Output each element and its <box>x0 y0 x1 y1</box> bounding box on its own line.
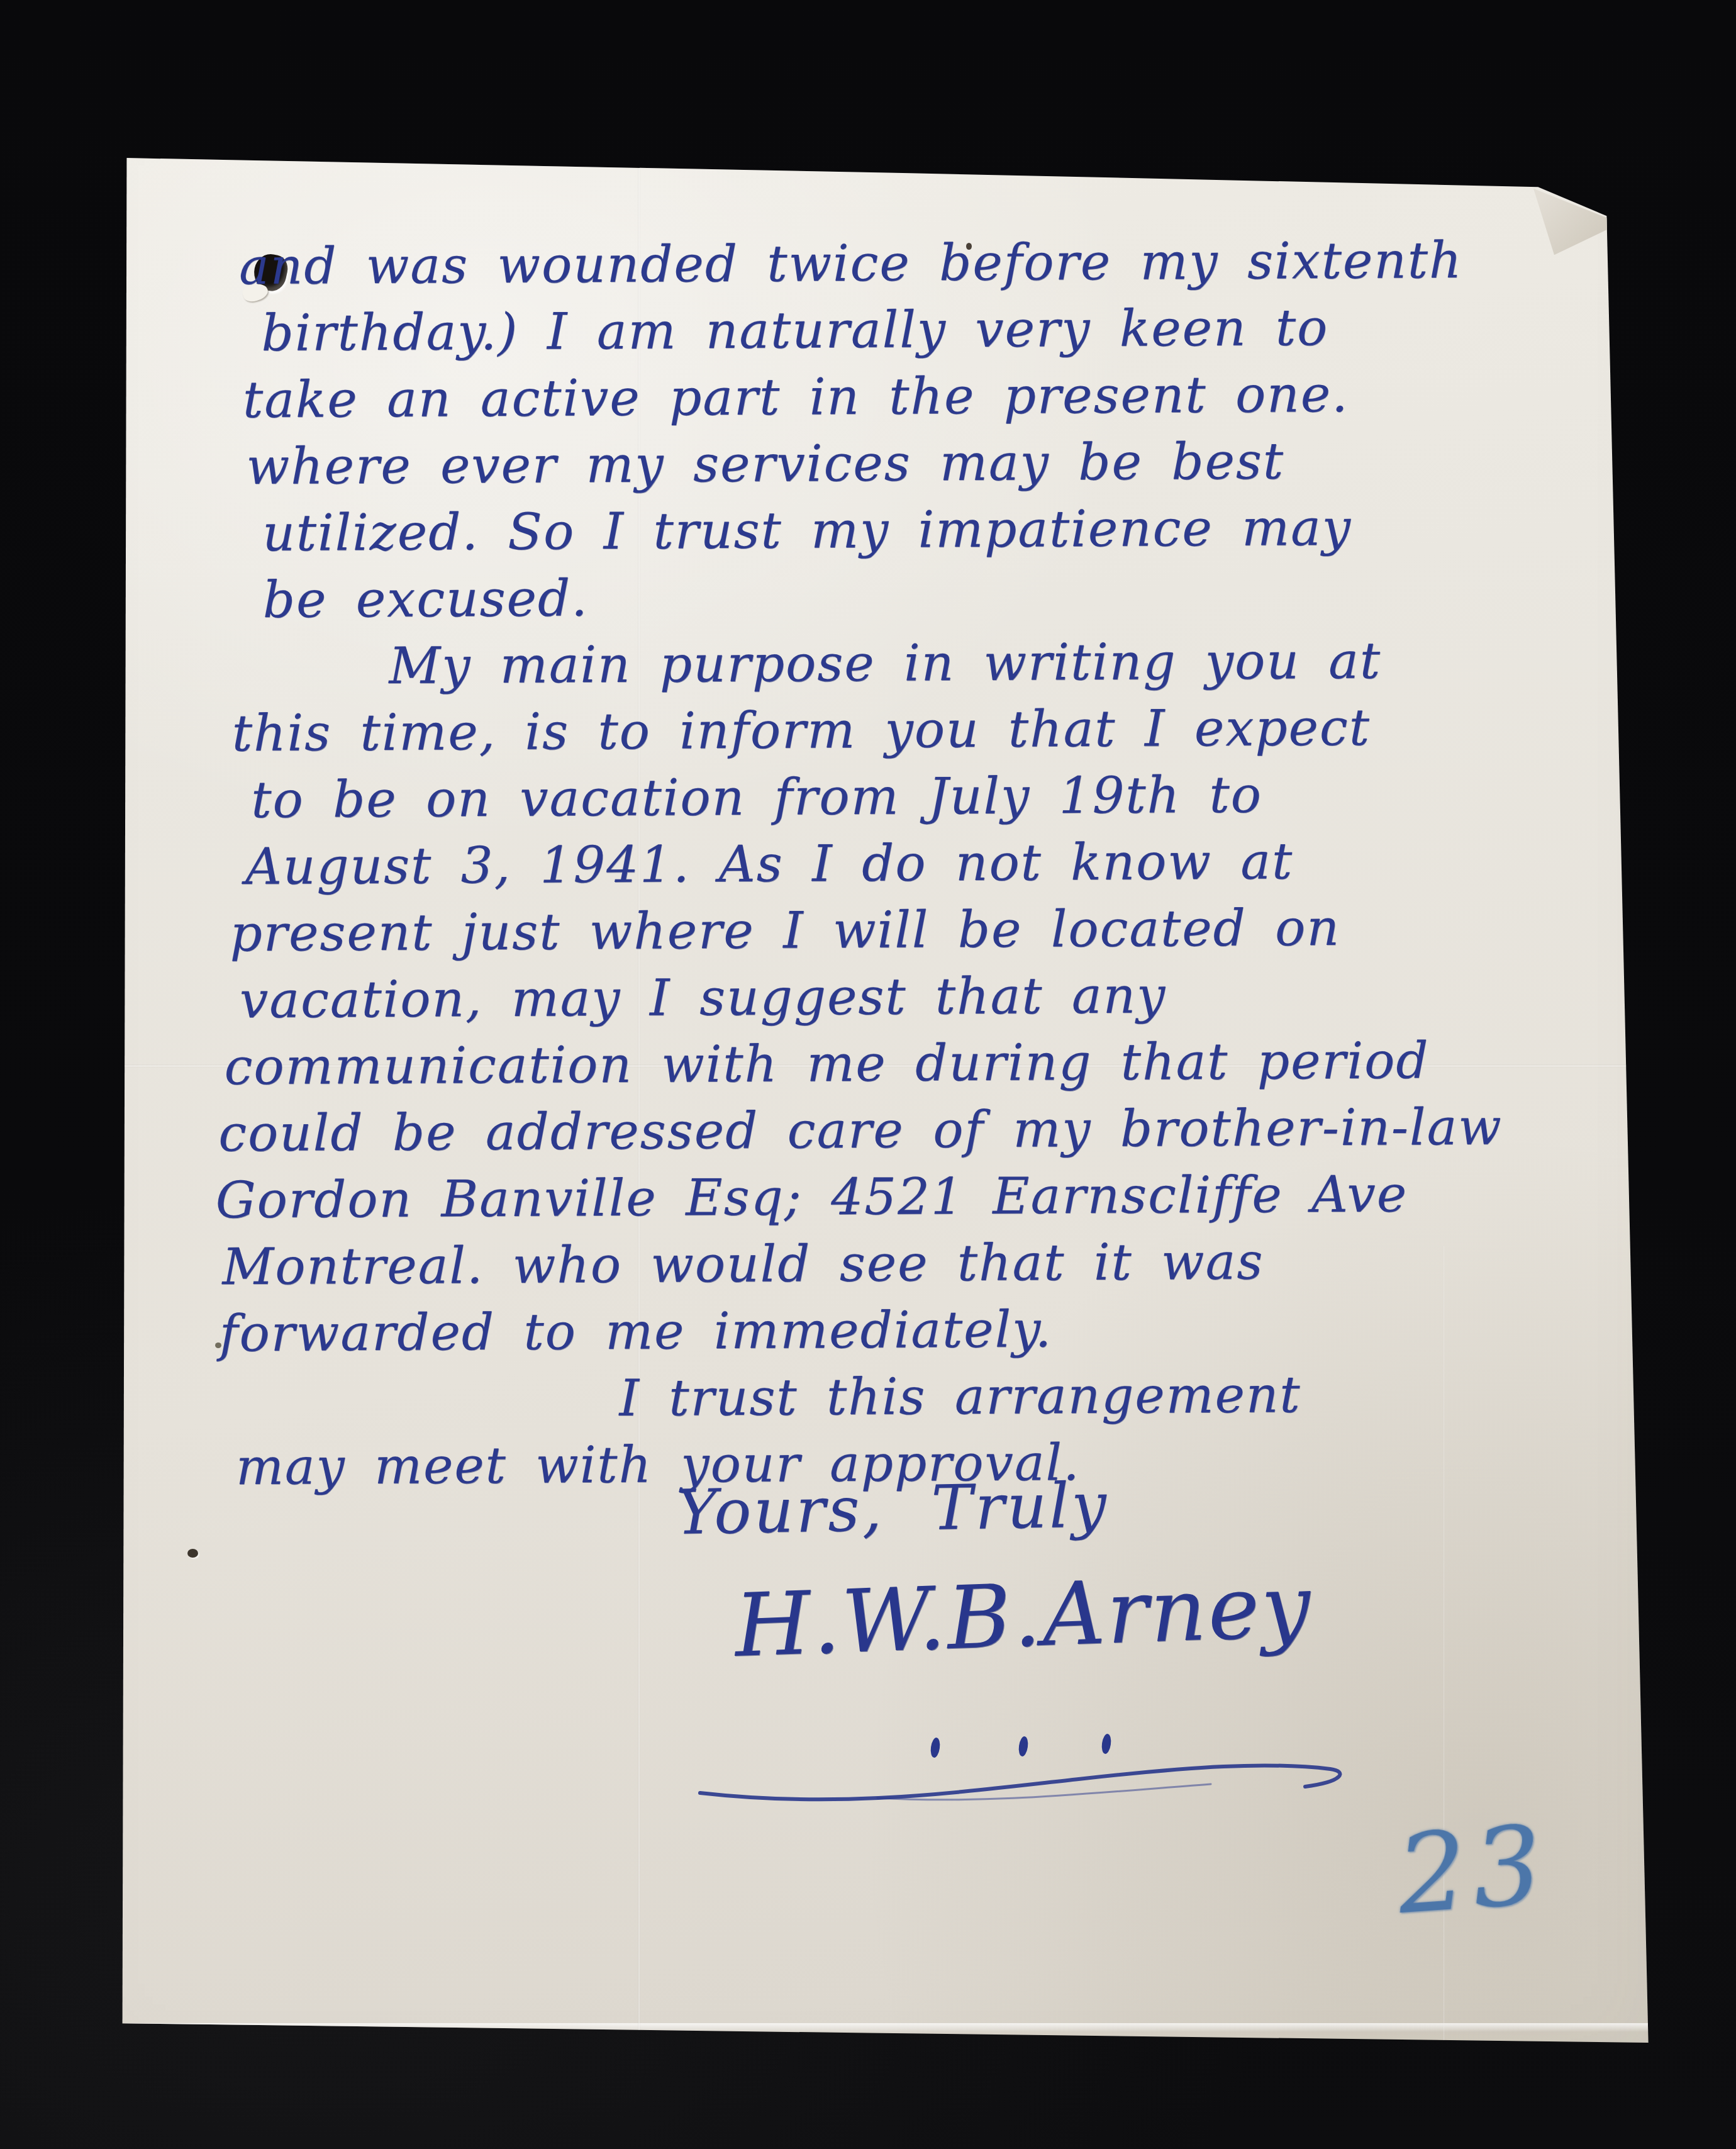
letter-line: where ever my services may be best <box>246 427 1499 500</box>
paper-speck <box>187 1549 198 1558</box>
letter-line: Gordon Banville Esq; 4521 Earnscliffe Av… <box>216 1161 1503 1234</box>
letter-paper: and was wounded twice before my sixtenth… <box>0 0 1736 2149</box>
letter-line: communication with me during that period <box>224 1027 1502 1101</box>
signature: H.W.B.Arney <box>733 1555 1313 1677</box>
letter-line: vacation, may I suggest that any <box>240 961 1502 1034</box>
letter-line: present just where I will be located on <box>230 894 1501 968</box>
letter-line: birthday.) I am naturally very keen to <box>261 294 1498 367</box>
letter-line: this time, is to inform you that I expec… <box>232 694 1501 767</box>
signature-underline-flourish <box>689 1699 1368 1824</box>
paper-bottom-edge-highlight <box>118 2023 1653 2032</box>
letter-line: Montreal. who would see that it was <box>222 1227 1503 1301</box>
letter-line: to be on vacation from July 19th to <box>251 761 1501 834</box>
photo-background: and was wounded twice before my sixtenth… <box>0 0 1736 2149</box>
letter-line: be excused. <box>263 561 1500 634</box>
signature-i-dots <box>930 1733 1112 1758</box>
letter-line: utilized. So I trust my impatience may <box>262 494 1500 567</box>
letter-line: August 3, 1941. As I do not know at <box>245 827 1501 900</box>
letter-line: My main purpose in writing you at <box>389 627 1500 700</box>
letter-line: take an active part in the present one. <box>243 360 1499 433</box>
letter-line: forwarded to me immediately. <box>220 1294 1504 1368</box>
letter-line: could be addressed care of my brother-in… <box>218 1094 1503 1168</box>
handwritten-letter-body: and was wounded twice before my sixtenth… <box>211 227 1505 1501</box>
letter-line: I trust this arrangement <box>619 1361 1504 1432</box>
closing-salutation: Yours, Truly <box>676 1470 1110 1549</box>
page-number-annotation: 23 <box>1393 1802 1552 1938</box>
letter-line: and was wounded twice before my sixtenth <box>239 227 1498 300</box>
